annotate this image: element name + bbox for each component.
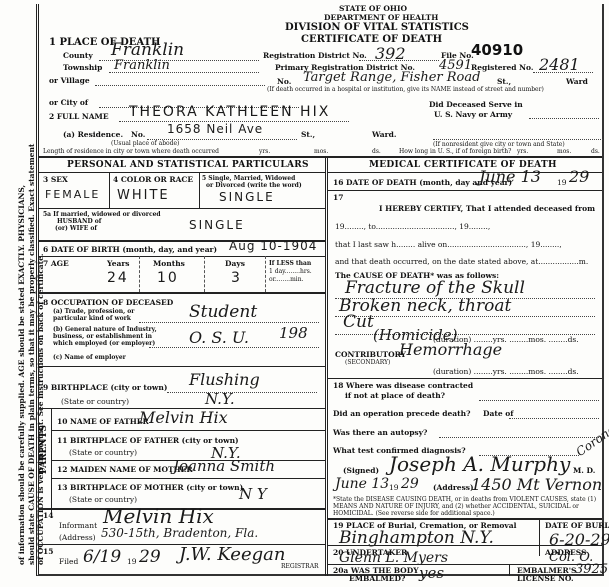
street-st-label: St., <box>497 77 511 86</box>
header-state: STATE OF OHIO <box>339 4 407 13</box>
death-year-prefix: 19 <box>557 178 567 187</box>
death-year: 29 <box>569 167 589 186</box>
birthplace-state-value: N.Y. <box>205 390 235 408</box>
street-value: Target Range, Fisher Road <box>303 70 480 85</box>
industry-value: O. S. U. <box>189 328 249 347</box>
dob-value: Aug 10-1904 <box>229 239 317 253</box>
filed-year: 29 <box>139 547 161 567</box>
county-value: Franklin <box>111 40 184 60</box>
informant-address-label: (Address) <box>59 533 96 542</box>
race-value: WHITE <box>117 188 170 203</box>
personal-section-title: PERSONAL AND STATISTICAL PARTICULARS <box>67 160 309 170</box>
license-value: 3925 <box>575 562 608 577</box>
ds-label: ds. <box>372 148 381 155</box>
full-name-value: THEORA KATHLEEN HIX <box>129 104 330 120</box>
sex-value: FEMALE <box>45 188 100 201</box>
village-label: or Village <box>49 76 90 85</box>
dob-label: 6 DATE OF BIRTH (month, day, and year) <box>43 245 217 254</box>
us-residence-label: How long in U. S., if of foreign birth? <box>399 148 511 155</box>
father-value: Melvin Hix <box>139 408 228 427</box>
filed-num: 15 <box>43 547 53 556</box>
city-label: or City of <box>49 98 88 107</box>
trade-value: Student <box>189 302 257 322</box>
spouse-label-3: (or) WIFE of <box>55 225 97 232</box>
signed-label: (Signed) <box>343 466 379 475</box>
less-label-3: or........min. <box>269 276 303 283</box>
street-no-label: No. <box>277 77 291 86</box>
trade-label-1: (a) Trade, profession, or <box>53 308 134 315</box>
mos-label: mos. <box>314 148 328 155</box>
physician-signature: Joseph A. Murphy <box>389 452 570 476</box>
autopsy-label: Was there an autopsy? <box>333 428 427 437</box>
registrar-signature: J.W. Keegan <box>179 544 285 565</box>
from-line: 19........, to..........................… <box>335 222 490 231</box>
mother-birth-value: N Y <box>239 485 267 503</box>
mother-value: Joanna Smith <box>173 457 275 475</box>
cause-line-3: Cut <box>343 312 374 332</box>
industry-note: 198 <box>279 324 308 342</box>
industry-label-1: (b) General nature of Industry, <box>53 326 157 333</box>
sign-year: 29 <box>401 476 419 492</box>
registrar-label: REGISTRAR <box>281 563 319 570</box>
physician-address-label: (Address) <box>433 483 474 492</box>
registration-district-label: Registration District No. <box>263 51 367 60</box>
secondary-label: (SECONDARY) <box>345 359 390 366</box>
duration-2: (duration) ........yrs. ........mos. ...… <box>433 367 579 376</box>
header-department: DEPARTMENT OF HEALTH <box>324 13 438 22</box>
years-label: Years <box>107 259 130 268</box>
header-division: DIVISION OF VITAL STATISTICS <box>285 22 469 33</box>
full-name-label: 2 FULL NAME <box>49 112 109 121</box>
md-label: M. D. <box>573 466 595 475</box>
side-instruction-line: should state CAUSE OF DEATH in plain ter… <box>27 5 37 565</box>
last-saw-line: that I last saw h........ alive on......… <box>335 240 562 249</box>
burial-date-label: DATE OF BURIAL <box>545 521 609 530</box>
license-label-2: LICENSE NO. <box>517 574 574 583</box>
county-label: County <box>63 51 93 60</box>
nonresident-note: (If nonresident give city or town and St… <box>433 141 565 148</box>
embalmed-label-2: EMBALMED? <box>349 574 405 583</box>
parents-side-label: PARENTS <box>39 425 49 474</box>
informant-address-value: 530-15th, Bradenton, Fla. <box>101 526 258 540</box>
embalmed-value: yes <box>419 564 444 582</box>
residence-ward-label: Ward. <box>372 130 396 139</box>
header-title: CERTIFICATE OF DEATH <box>301 34 442 45</box>
certificate-frame: STATE OF OHIO DEPARTMENT OF HEALTH DIVIS… <box>36 4 604 576</box>
mother-birth-label: 13 BIRTHPLACE OF MOTHER (city or town) <box>57 483 243 492</box>
military-label-2: U. S. Navy or Army <box>434 110 512 119</box>
spouse-label-2: HUSBAND of <box>57 218 101 225</box>
us-mos-label: mos. <box>557 148 571 155</box>
father-label: 10 NAME OF FATHER <box>57 417 149 426</box>
coroner-note: Coroner <box>574 419 609 459</box>
physician-address: 1450 Mt Vernon <box>471 475 602 494</box>
marital-label-1: 5 Single, Married, Widowed <box>202 175 295 182</box>
township-value: Franklin <box>114 58 170 73</box>
informant-label: Informant <box>59 521 97 530</box>
cause-line-1: Fracture of the Skull <box>345 278 525 298</box>
us-yrs-label: yrs. <box>517 148 528 155</box>
date-of-death-value: June 13 <box>479 167 541 186</box>
contracted-label-2: if not at place of death? <box>345 391 445 400</box>
trade-label-2: particular kind of work <box>53 315 131 322</box>
mother-birth-state-label: (State or country) <box>69 495 137 504</box>
occupation-label: 8 OCCUPATION OF DECEASED <box>43 298 173 307</box>
industry-label-2: business, or establishment in <box>53 333 152 340</box>
township-label: Township <box>63 63 102 72</box>
registered-no-value: 2481 <box>539 55 580 74</box>
spouse-label-1: 5a If married, widowed or divorced <box>43 211 161 218</box>
item-17-num: 17 <box>333 193 343 202</box>
race-label: 4 COLOR OR RACE <box>113 175 193 184</box>
father-birth-state-label: (State or country) <box>69 448 137 457</box>
abode-note: (Usual place of abode) <box>111 140 179 147</box>
ward-label: Ward <box>566 77 588 86</box>
residence-value: 1658 Neil Ave <box>167 122 263 136</box>
less-label-1: If LESS than <box>269 260 311 267</box>
registration-district-value: 392 <box>375 44 406 63</box>
spouse-value: SINGLE <box>189 218 245 232</box>
contributory-value: Hemorrhage <box>399 340 502 359</box>
cause-footnote: *State the DISEASE CAUSING DEATH, or in … <box>333 496 601 517</box>
sign-year-prefix: 19 <box>389 483 399 492</box>
side-instructions: of information should be carefully suppl… <box>2 10 32 570</box>
us-ds-label: ds. <box>591 148 600 155</box>
operation-label: Did an operation precede death? <box>333 409 470 418</box>
contributory-label: CONTRIBUTORY <box>335 350 406 359</box>
age-label: 7 AGE <box>43 259 69 268</box>
hospital-note: (If death occurred in a hospital or inst… <box>267 86 544 93</box>
birthplace-state-label: (State or country) <box>61 397 129 406</box>
sign-date: June 13 <box>335 476 389 492</box>
informant-value: Melvin Hix <box>103 504 214 528</box>
months-value: 10 <box>157 270 179 286</box>
less-label-2: 1 day........hrs. <box>269 268 312 275</box>
filed-date: 6/19 <box>83 547 121 567</box>
file-no-value: 40910 <box>471 41 523 59</box>
death-certificate: of information should be carefully suppl… <box>0 0 609 587</box>
filed-year-prefix: 19 <box>127 557 137 566</box>
certify-text: I HEREBY CERTIFY, That I attended deceas… <box>379 204 595 213</box>
side-instruction-line: of information should be carefully suppl… <box>17 5 27 565</box>
military-label-1: Did Deceased Serve in <box>429 100 523 109</box>
days-value: 3 <box>231 270 242 286</box>
marital-label-2: or Divorced (write the word) <box>206 182 302 189</box>
length-residence-label: Length of residence in city or town wher… <box>43 148 219 155</box>
burial-date-value: 6-20-29 <box>549 530 609 549</box>
yrs-label: yrs. <box>259 148 270 155</box>
marital-value: SINGLE <box>219 190 275 204</box>
occurred-line: and that death occurred, on the date sta… <box>335 257 588 266</box>
informant-num: 14 <box>43 511 53 520</box>
filed-label: Filed <box>59 557 78 566</box>
operation-date-label: Date of <box>483 409 513 418</box>
employer-label: (c) Name of employer <box>53 354 126 361</box>
contracted-label-1: 18 Where was disease contracted <box>333 381 473 390</box>
industry-label-3: which employed (or employer) <box>53 340 155 347</box>
months-label: Months <box>153 259 185 268</box>
birthplace-label: 9 BIRTHPLACE (city or town) <box>43 383 167 392</box>
birthplace-city-value: Flushing <box>189 370 260 389</box>
residence-st-label: St., <box>301 130 315 139</box>
days-label: Days <box>225 259 245 268</box>
sex-label: 3 SEX <box>43 175 68 184</box>
residence-label: (a) Residence. <box>63 130 123 139</box>
residence-no-label: No. <box>131 130 145 139</box>
years-value: 24 <box>107 270 129 286</box>
